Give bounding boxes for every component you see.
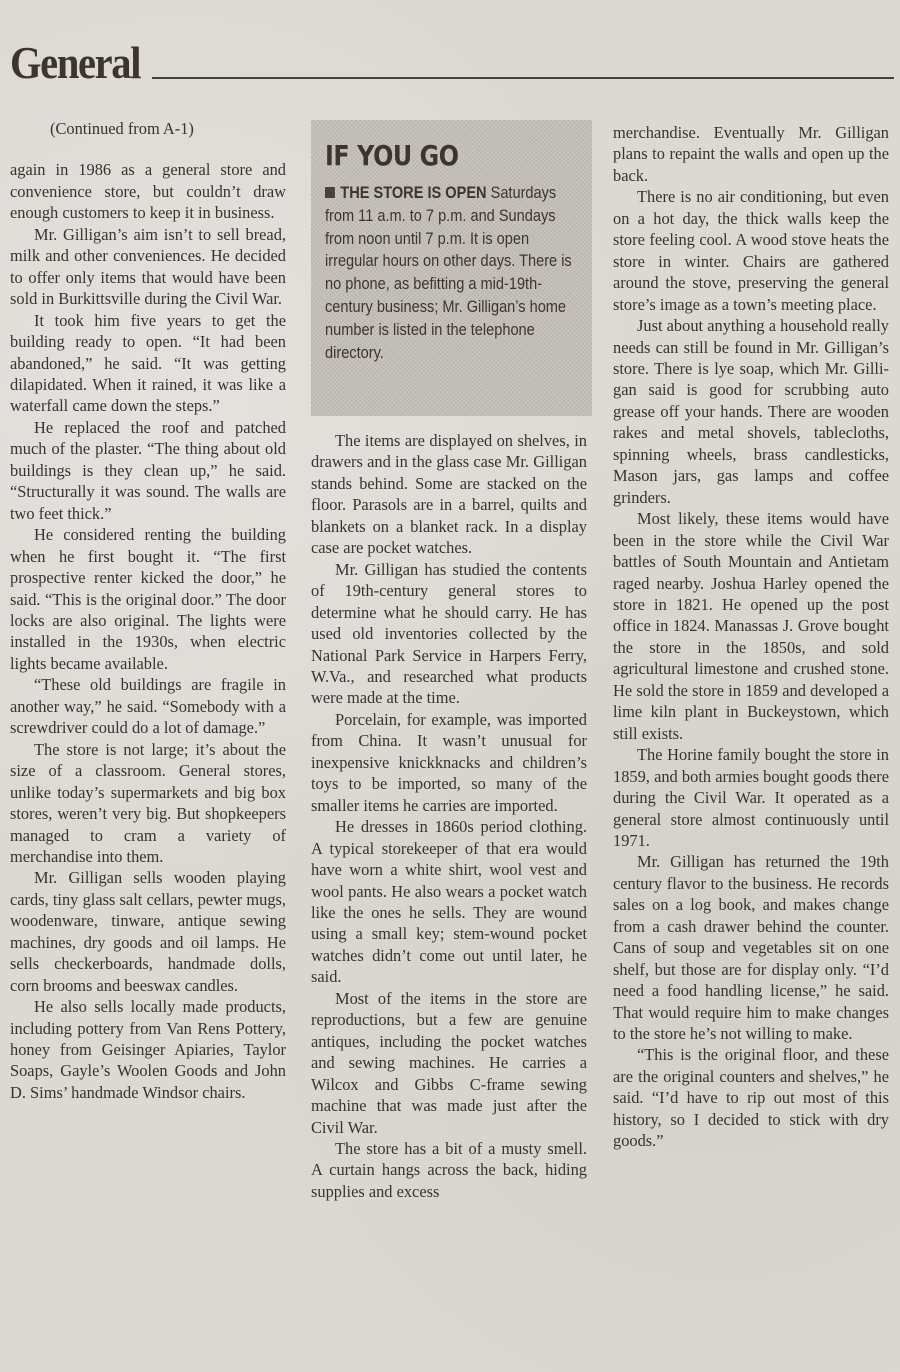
paragraph: It took him five years to get the buildi…	[10, 310, 286, 417]
paragraph: He dresses in 1860s period clothing. A t…	[311, 816, 587, 988]
paragraph: He replaced the roof and patched much of…	[10, 417, 286, 524]
paragraph: Most of the items in the store are repro…	[311, 988, 587, 1138]
paragraph: There is no air conditioning, but even o…	[613, 186, 889, 315]
article-column-2: The items are displayed on shelves, in d…	[311, 430, 587, 1202]
box-lead: THE STORE IS OPEN	[340, 184, 486, 202]
section-title: General	[10, 40, 140, 86]
paragraph: merchandise. Eventually Mr. Gilligan pla…	[613, 122, 889, 186]
paragraph: Mr. Gilligan has studied the contents of…	[311, 559, 587, 709]
paragraph: Most likely, these items would have been…	[613, 508, 889, 744]
paragraph: The store is not large; it’s about the s…	[10, 739, 286, 868]
paragraph: He also sells locally made products, inc…	[10, 996, 286, 1103]
paragraph: again in 1986 as a general store and con…	[10, 159, 286, 223]
article-column-3: merchandise. Eventually Mr. Gilligan pla…	[613, 122, 889, 1152]
paragraph: He considered renting the building when …	[10, 524, 286, 674]
paragraph: The store has a bit of a musty smell. A …	[311, 1138, 587, 1202]
paragraph: Just about anything a house­hold really …	[613, 315, 889, 508]
box-body: THE STORE IS OPEN Satur­days from 11 a.m…	[325, 182, 586, 364]
paragraph: Mr. Gilligan’s aim isn’t to sell bread, …	[10, 224, 286, 310]
paragraph: Mr. Gilligan sells wooden play­ing cards…	[10, 867, 286, 996]
paragraph: Mr. Gilligan has returned the 19th centu…	[613, 851, 889, 1044]
paragraph: The Horine family bought the store in 18…	[613, 744, 889, 851]
paragraph: “These old buildings are frag­ile in ano…	[10, 674, 286, 738]
box-title: IF YOU GO	[325, 140, 543, 172]
continued-note: (Continued from A-1)	[50, 118, 286, 139]
paragraph: The items are displayed on shelves, in d…	[311, 430, 587, 559]
square-bullet-icon	[325, 187, 335, 198]
paragraph: “This is the original floor, and these a…	[613, 1044, 889, 1151]
title-rule	[152, 77, 894, 79]
box-text: Satur­days from 11 a.m. to 7 p.m. and Su…	[325, 184, 572, 362]
article-column-1: (Continued from A-1) again in 1986 as a …	[10, 118, 286, 1103]
section-header: General	[10, 36, 894, 86]
if-you-go-box: IF YOU GO THE STORE IS OPEN Satur­days f…	[311, 120, 592, 416]
paragraph: Porcelain, for example, was imported fro…	[311, 709, 587, 816]
